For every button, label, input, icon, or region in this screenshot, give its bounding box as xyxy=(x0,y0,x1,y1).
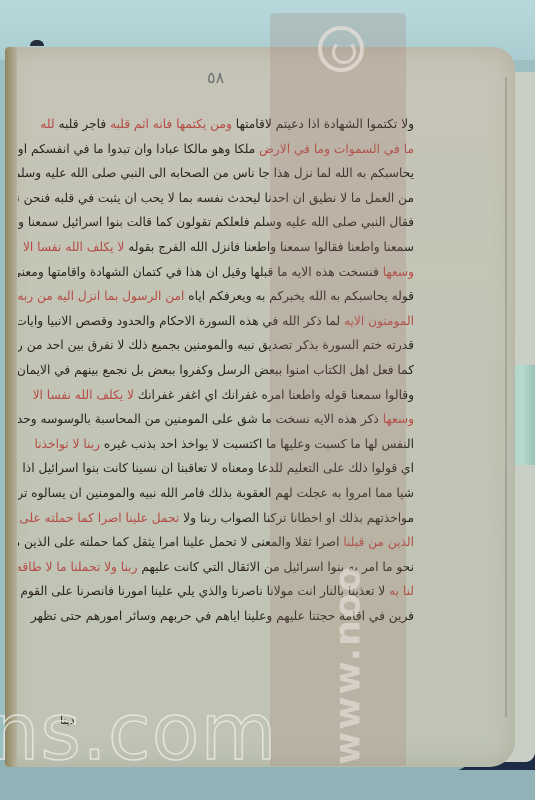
body-text: ملكا وهو مالكا عبادا وان تبدوا ما في انف… xyxy=(18,142,259,156)
rubricated-text: لله xyxy=(40,117,54,131)
rubricated-text: امن الرسول بما انزل اليه من ربه و xyxy=(18,289,184,303)
page-fold-line xyxy=(505,77,507,717)
rubricated-text: لا يكلف الله نفسا الا xyxy=(23,240,124,254)
watermark-horizontal-text: ns.com xyxy=(0,688,277,778)
page-binding-edge xyxy=(5,47,17,767)
rubricated-text: تحمل علينا اصرا كما حملته على xyxy=(19,511,179,525)
rubricated-text: ومن يكتمها فانه اثم قلبه xyxy=(110,117,232,131)
rubricated-text: ربنا لا تواخذنا xyxy=(35,437,100,451)
watermark-vertical-text: www.noo xyxy=(328,105,368,765)
page-number: ٥٨ xyxy=(207,68,224,87)
body-text: فاجر قلبه xyxy=(55,117,111,131)
binding-clip xyxy=(30,40,44,46)
rubricated-text: لا يكلف الله نفسا الا xyxy=(33,388,134,402)
copyright-logo-icon xyxy=(318,26,364,72)
rubricated-text: ربنا ولا تحملنا ما لا طاقه xyxy=(18,560,137,574)
